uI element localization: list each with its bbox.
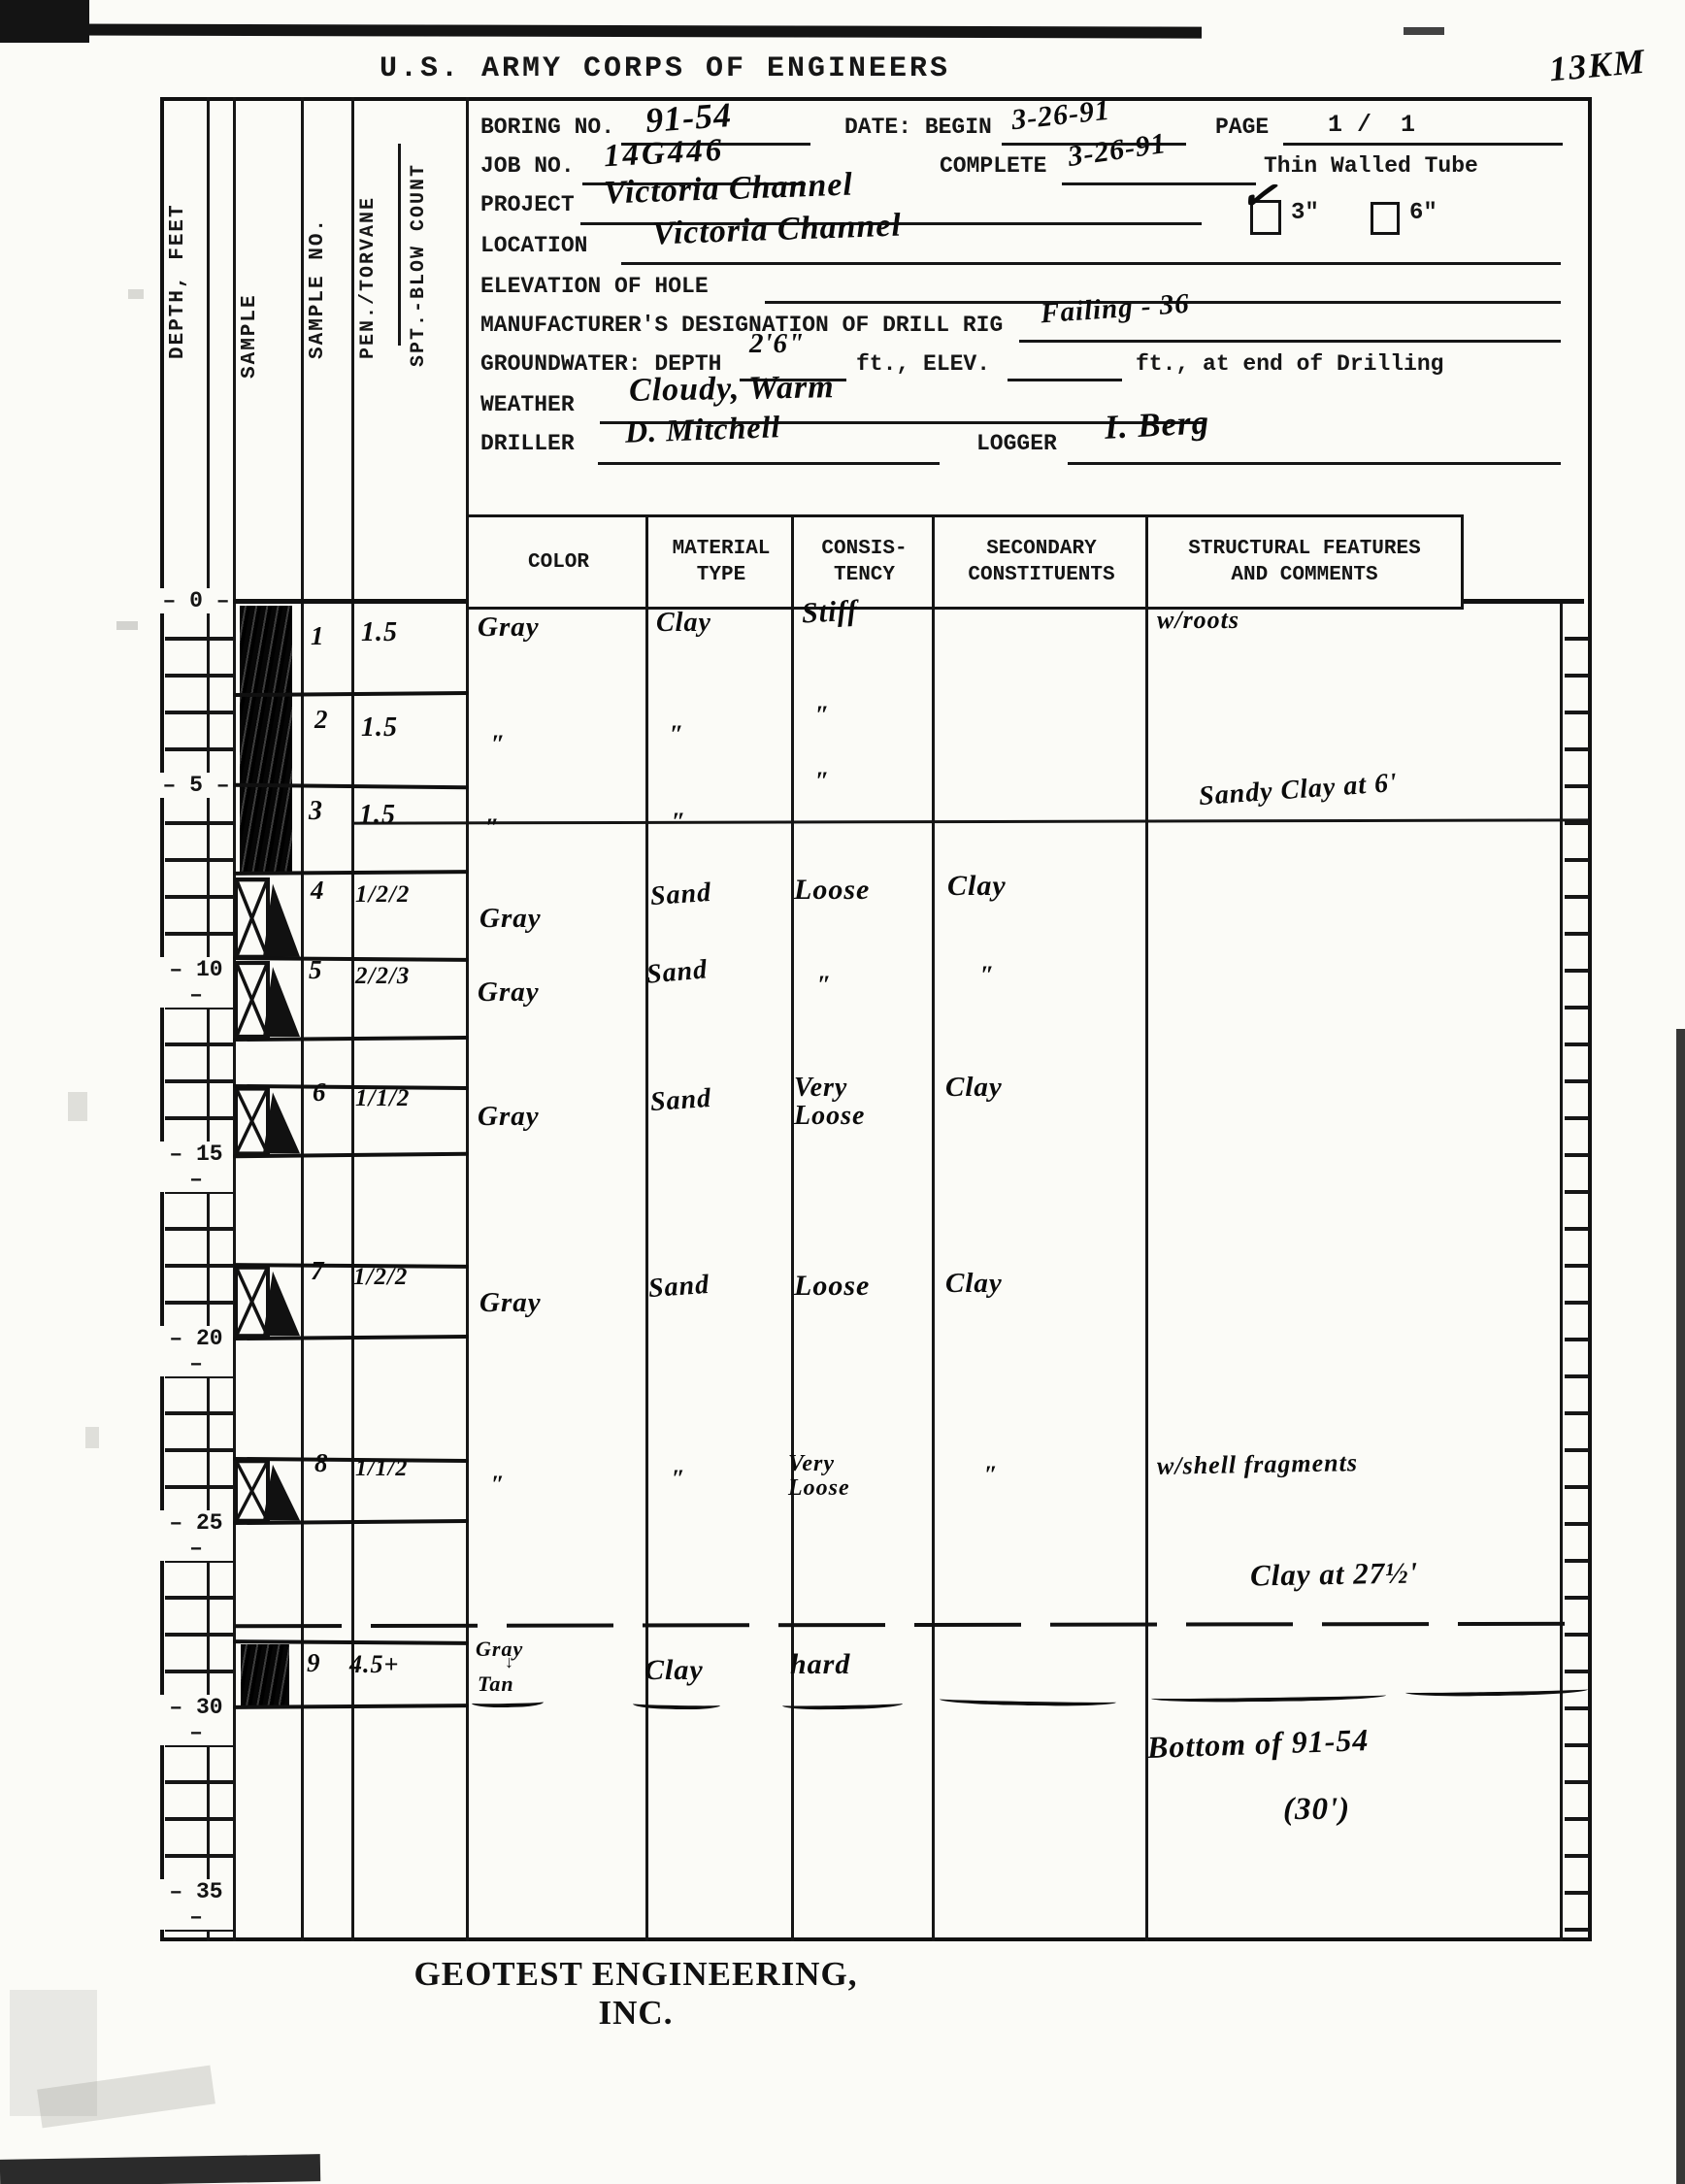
sample-no: 3 [309,796,323,827]
secondary-value: Clay [945,1072,1003,1104]
sample-no: 6 [313,1077,327,1108]
consistency-value: hard [790,1648,850,1681]
consistency-value: ″ [815,701,830,730]
sample-no: 2 [314,705,329,735]
sample-no: 9 [307,1648,321,1678]
pen-value: 1/2/2 [353,1264,408,1291]
spt-sample-symbol-5 [234,961,302,1039]
tube-sample-symbol-1-3 [240,606,292,872]
header-material-line2: TYPE [648,562,794,588]
comment-value: w/roots [1157,606,1239,635]
material-value: ″ [672,808,686,837]
depth-label-10: 10 [159,957,233,1008]
tube-3in-checkmark: ✓ [1238,169,1281,223]
header-color: COLOR [466,514,651,610]
field-rule [621,262,1561,265]
annotation-clay-275: Clay at 27½' [1250,1555,1419,1593]
color-value-2: Tan [478,1671,514,1697]
consistency-value: Loose [794,874,870,907]
scan-artifact-top-left-blob [0,0,89,43]
date-begin-label: DATE: BEGIN [844,115,992,140]
groundwater-end-label: ft., at end of Drilling [1136,351,1443,377]
job-no-label: JOB NO. [480,153,575,179]
depth-label-25: 25 [159,1510,233,1561]
header-structural-features: STRUCTURAL FEATURES AND COMMENTS [1145,514,1464,610]
weather-value: Cloudy, Warm [629,369,835,410]
page-label: PAGE [1215,115,1269,140]
groundwater-elev-label: ft., ELEV. [856,351,990,377]
corner-note: 13KM [1547,41,1647,90]
secondary-value: ″ [984,1462,999,1489]
driller-value: D. Mitchell [624,409,781,450]
field-rule [598,462,940,465]
field-rule [1019,340,1561,343]
spt-sample-symbol-4 [234,877,302,959]
color-value: Gray [479,1287,542,1319]
tube-6in-checkbox [1371,202,1400,235]
grid-line [645,602,648,1941]
tube-3in-label: 3" [1291,200,1319,226]
header-consistency-line2: TENCY [794,562,935,588]
header-consistency: CONSIS- TENCY [791,514,938,610]
secondary-value: Clay [945,1268,1003,1300]
sample-no: 4 [311,876,325,906]
rig-label: MANUFACTURER'S DESIGNATION OF DRILL RIG [480,313,1003,338]
sample-column-label: SAMPLE [239,243,261,379]
grid-line [932,602,935,1941]
header-material-line1: MATERIAL [648,536,794,562]
depth-label-5: 5 [159,773,233,798]
consistency-value: Very Loose [788,1452,895,1501]
sample-no: 7 [311,1256,325,1286]
weather-label: WEATHER [480,392,575,417]
pen-value: 2/2/3 [355,963,410,990]
depth-label-0: 0 [159,588,233,613]
scan-artifact-speck [1404,27,1444,35]
field-rule [1062,182,1256,185]
complete-label: COMPLETE [940,153,1046,179]
material-value: Sand [647,1270,710,1305]
color-value: Gray [478,976,540,1009]
field-rule [1068,462,1561,465]
boring-no-label: BORING NO. [480,115,614,140]
location-label: LOCATION [480,233,587,258]
secondary-value: Clay [947,870,1007,903]
color-arrow: ↓ [505,1652,514,1672]
depth-label-15: 15 [159,1142,233,1192]
color-value: ″ [491,1472,506,1499]
header-structural-line1: STRUCTURAL FEATURES [1148,536,1461,562]
pen-value: 1/1/2 [355,1456,408,1482]
header-structural-line2: AND COMMENTS [1148,562,1461,588]
comment-value: w/shell fragments [1157,1448,1358,1481]
pen-value: 4.5+ [349,1650,399,1679]
depth-column-label: DEPTH, FEET [167,155,189,359]
sample-no: 1 [311,621,325,651]
material-value: Clay [644,1654,704,1687]
spt-sample-symbol-6 [234,1087,302,1155]
page-value: 1 / 1 [1328,111,1415,139]
company-footer: GEOTEST ENGINEERING, INC. [383,1955,888,2033]
grid-line [466,97,469,1941]
scan-smudge [10,1990,97,2116]
thin-walled-tube-label: Thin Walled Tube [1264,153,1478,179]
spt-sample-symbol-8 [234,1460,302,1522]
logger-value: I. Berg [1104,403,1210,447]
tube-6in-label: 6" [1409,200,1437,226]
header-material-type: MATERIAL TYPE [645,514,797,610]
color-value: ″ [485,813,500,843]
material-value: Clay [656,608,711,639]
scan-artifact-right-edge [1676,1029,1685,2184]
scanned-boring-log-page: U.S. ARMY CORPS OF ENGINEERS 13KM GEOTES… [0,0,1685,2184]
color-value: ″ [491,730,506,759]
depth-ruler-ticks-right [1565,604,1589,1937]
material-value: Sand [649,877,712,912]
scan-artifact-top-bar [25,23,1202,38]
consistency-value: Stiff [801,595,858,631]
job-no-value: 14G446 [603,133,725,175]
logger-label: LOGGER [976,431,1057,456]
field-rule [1008,379,1122,381]
pen-value: 1/1/2 [355,1085,410,1112]
pen-value: 1.5 [359,800,396,831]
grid-line [1560,602,1563,1941]
color-value: Gray [478,1101,540,1133]
tube-sample-symbol-9 [241,1644,289,1706]
pen-value: 1.5 [361,712,398,744]
scan-smudge [116,621,138,630]
groundwater-depth-value: 2'6" [749,328,805,360]
secondary-value: ″ [980,961,995,990]
sample-no-column-label: SAMPLE NO. [307,194,329,359]
elevation-label: ELEVATION OF HOLE [480,274,709,299]
consistency-value: Loose [794,1270,870,1303]
pen-label-divider [398,144,401,346]
scan-artifact-bottom-bar [0,2154,320,2184]
pen-value: 1.5 [361,617,398,648]
consistency-value: Very Loose [794,1074,910,1131]
spt-blow-count-label: SPT.-BLOW COUNT [408,124,430,367]
material-value: ″ [670,720,684,749]
page-title: U.S. ARMY CORPS OF ENGINEERS [379,52,951,85]
field-rule [1283,143,1563,146]
scan-smudge [85,1427,99,1448]
color-value: Gray [479,903,542,935]
sample-no: 5 [309,955,323,985]
material-value: Sand [645,954,710,990]
header-secondary-constituents: SECONDARY CONSTITUENTS [932,514,1151,610]
header-secondary-line2: CONSTITUENTS [935,562,1148,588]
pen-torvane-label: PEN./TORVANE [357,136,380,359]
depth-label-30: 30 [159,1695,233,1745]
project-label: PROJECT [480,192,575,217]
depth-label-35: 35 [159,1879,233,1930]
header-consistency-line1: CONSIS- [794,536,935,562]
consistency-value: ″ [815,767,830,796]
depth-label-20: 20 [159,1326,233,1376]
spt-sample-symbol-7 [234,1266,302,1338]
driller-label: DRILLER [480,431,575,456]
material-value: ″ [672,1466,686,1493]
scan-smudge [68,1092,87,1121]
header-color-text: COLOR [469,549,648,576]
sample-no: 8 [314,1448,329,1478]
scan-smudge [128,289,144,299]
color-value: Gray [476,1637,523,1662]
color-value: Gray [478,612,540,644]
consistency-value: ″ [817,971,832,1000]
material-value: Sand [649,1083,712,1118]
header-secondary-line1: SECONDARY [935,536,1148,562]
annotation-bottom-depth: (30') [1283,1792,1350,1828]
pen-value: 1/2/2 [355,881,410,909]
